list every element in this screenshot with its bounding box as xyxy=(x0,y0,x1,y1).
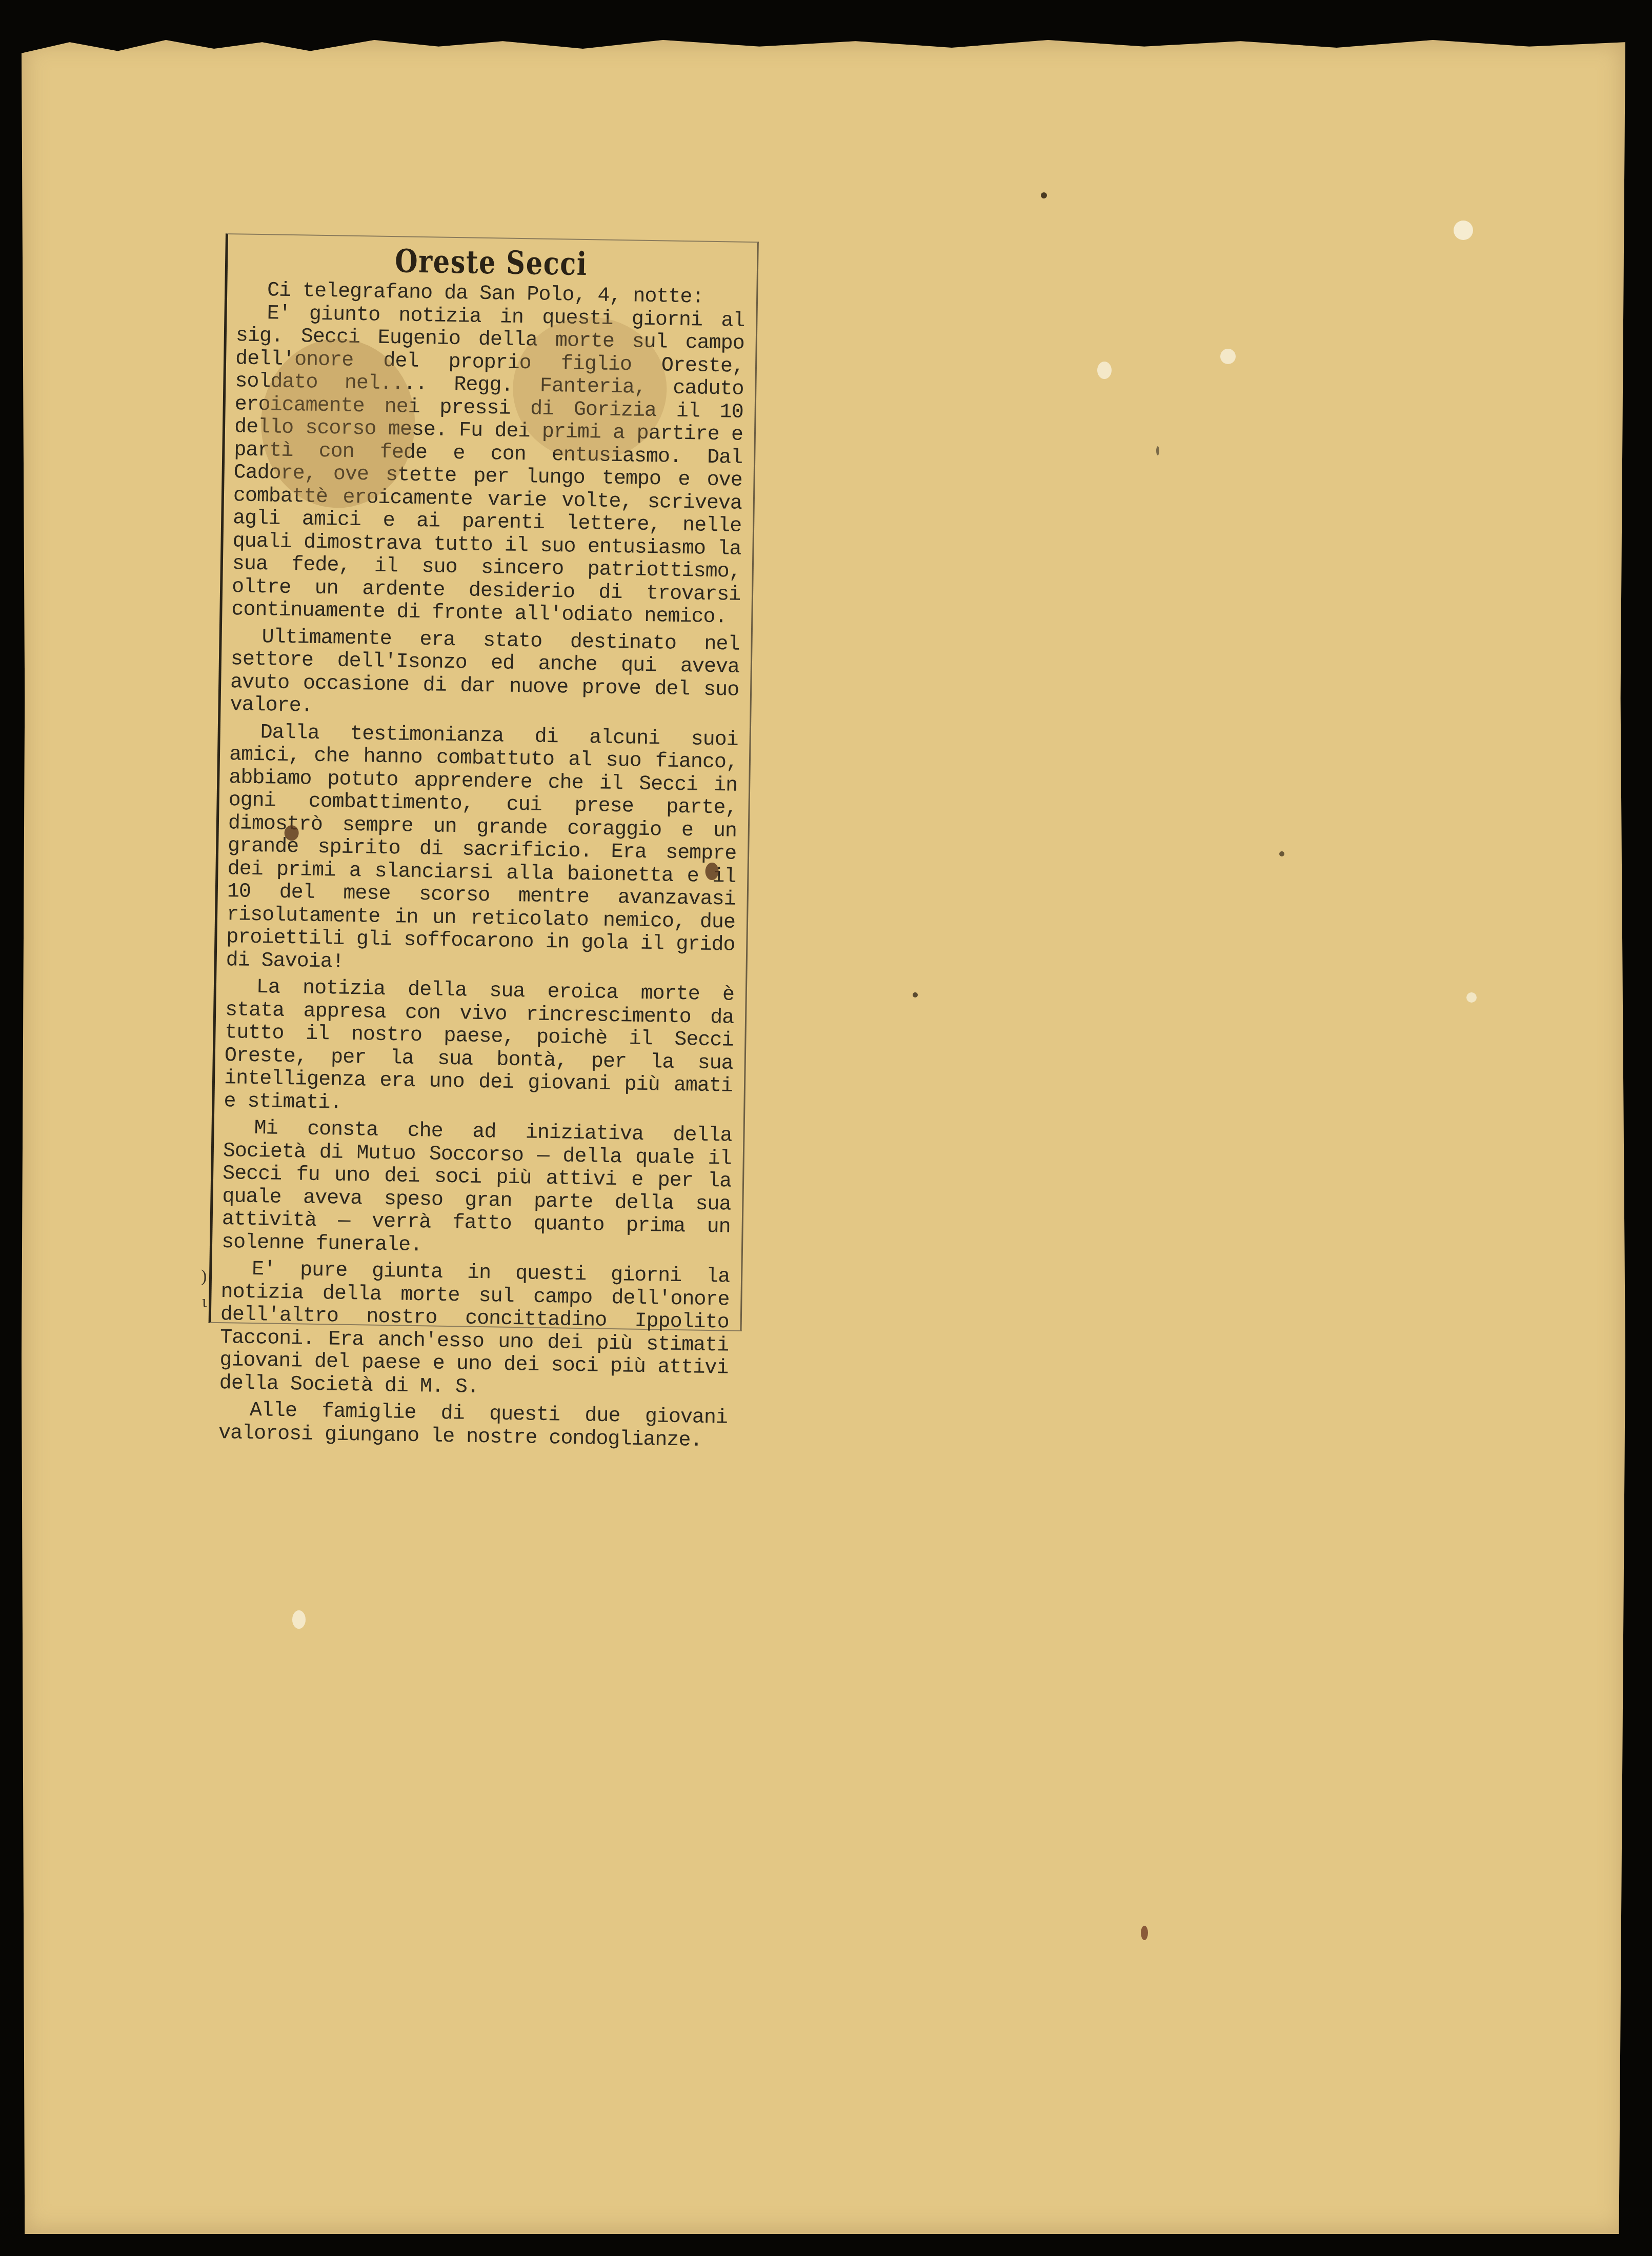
paper-spot xyxy=(1220,349,1236,364)
paper-spot xyxy=(913,992,918,997)
article-paragraph: Alle famiglie di questi due giovani valo… xyxy=(218,1399,728,1453)
margin-mark: ι xyxy=(202,1292,207,1312)
paper-spot xyxy=(1041,192,1047,198)
newspaper-clipping: Oreste Secci Ci telegrafano da San Polo,… xyxy=(209,233,759,1331)
article-headline: Oreste Secci xyxy=(283,241,700,285)
article-paragraph: Mi consta che ad iniziativa della Societ… xyxy=(221,1117,732,1262)
paper-spot xyxy=(1279,851,1284,856)
article-paragraph: E' giunto notizia in questi giorni al si… xyxy=(231,302,745,630)
article-paragraph: Dalla testimonianza di alcuni suoi amici… xyxy=(226,721,738,980)
article-paragraph: Ultimamente era stato destinato nel sett… xyxy=(230,626,740,725)
paper-spot xyxy=(1466,992,1477,1003)
paper-spot xyxy=(1454,221,1473,240)
margin-mark: ) xyxy=(201,1267,207,1286)
paper-spot xyxy=(1097,362,1112,379)
article-paragraph: La notizia della sua eroica morte è stat… xyxy=(224,976,734,1121)
paper-spot xyxy=(1141,1926,1148,1940)
paper-spot xyxy=(292,1610,306,1629)
paper-spot xyxy=(1156,446,1159,455)
article-paragraph: E' pure giunta in questi giorni la notiz… xyxy=(219,1258,730,1403)
